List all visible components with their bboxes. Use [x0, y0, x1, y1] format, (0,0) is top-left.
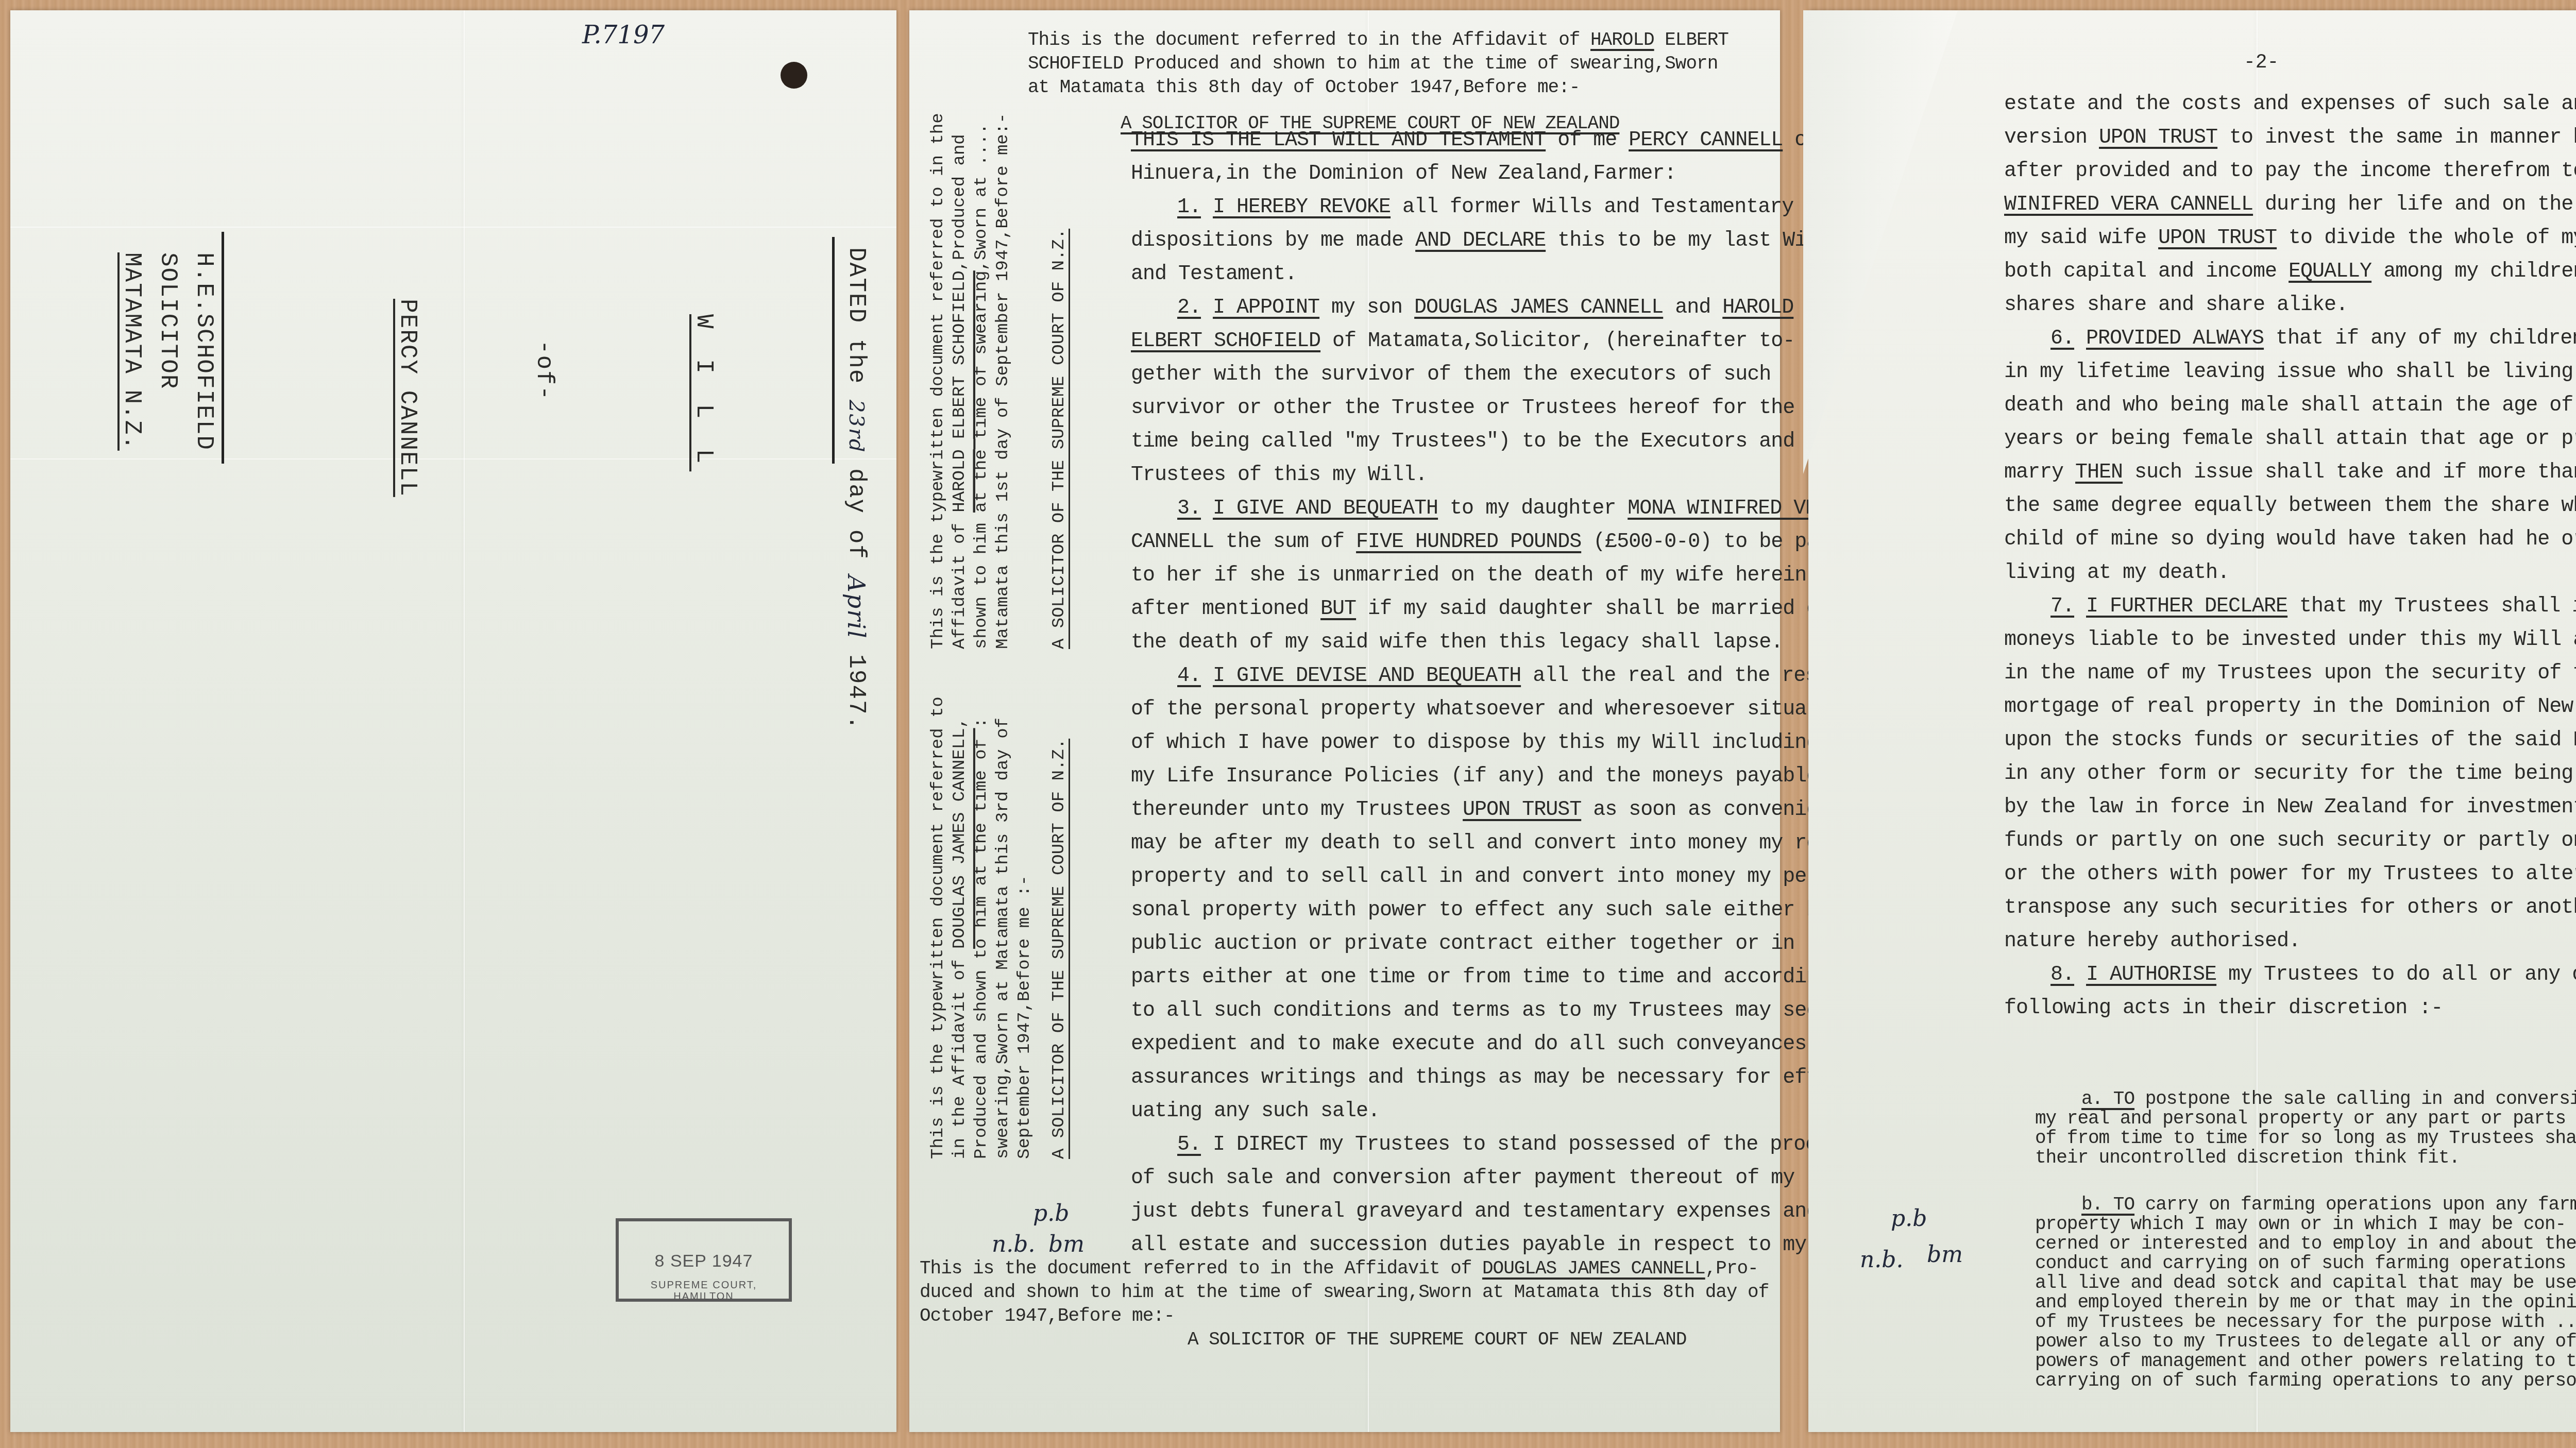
text-line: their uncontrolled discretion think fit.: [2035, 1148, 2576, 1168]
text-line: my said wife UPON TRUST to divide the wh…: [2004, 222, 2576, 255]
text-line: THIS IS THE LAST WILL AND TESTAMENT of m…: [1131, 124, 1866, 157]
file-reference: P.7197: [582, 21, 665, 49]
text-line: 4. I GIVE DEVISE AND BEQUEATH all the re…: [1131, 659, 1866, 693]
text-line: my real and personal property or any par…: [2035, 1109, 2576, 1129]
side-affidavit-schofield: This is the typewritten document referre…: [927, 134, 1014, 649]
text-line: survivor or other the Trustee or Trustee…: [1131, 391, 1866, 425]
text-line: and employed therein by me or that may i…: [2035, 1293, 2576, 1313]
stamp-court: SUPREME COURT,: [619, 1280, 789, 1291]
clause-a: a. TO postpone the sale calling in and c…: [2035, 1089, 2576, 1168]
text-line: living at my death.: [2004, 556, 2576, 590]
dated-line: DATED the 23rd day of April 1947.: [842, 247, 870, 730]
folded-flap: [1803, 10, 1958, 474]
text-line: all live and dead sotck and capital that…: [2035, 1273, 2576, 1293]
text-line: Trustees of this my Will.: [1131, 458, 1866, 492]
text-line: marry THEN such issue shall take and if …: [2004, 456, 2576, 489]
text-line: moneys liable to be invested under this …: [2004, 623, 2576, 657]
text-line: powers of management and other powers re…: [2035, 1352, 2576, 1371]
text-line: by the law in force in New Zealand for i…: [2004, 791, 2576, 824]
text-line: after provided and to pay the income the…: [2004, 155, 2576, 188]
text-line: 3. I GIVE AND BEQUEATH to my daughter MO…: [1131, 492, 1866, 525]
text-line: funds or partly on one such security or …: [2004, 824, 2576, 858]
footer-solicitor: A SOLICITOR OF THE SUPREME COURT OF NEW …: [920, 1328, 1769, 1352]
text-line: just debts funeral graveyard and testame…: [1131, 1195, 1866, 1229]
solicitor-title: SOLICITOR: [155, 252, 181, 389]
text-line: of such sale and conversion after paymen…: [1131, 1162, 1866, 1195]
initials: p.b: [1033, 1200, 1069, 1226]
text-line: nature hereby authorised.: [2004, 925, 2576, 958]
text-line: 8. I AUTHORISE my Trustees to do all or …: [2004, 958, 2576, 992]
text-line: my Life Insurance Policies (if any) and …: [1131, 760, 1866, 793]
side-solicitor-2: A SOLICITOR OF THE SUPREME COURT OF N.Z.: [1048, 721, 1070, 1159]
text-line: b. TO carry on farming operations upon a…: [2035, 1195, 2576, 1215]
document-title: W I L L: [690, 314, 717, 471]
text-line: power also to my Trustees to delegate al…: [2035, 1332, 2576, 1352]
text-line: dispositions by me made AND DECLARE this…: [1131, 224, 1866, 258]
of-label: -of-: [531, 340, 557, 401]
stamp-city: HAMILTON: [619, 1291, 789, 1302]
initials: p.b: [1891, 1205, 1927, 1232]
solicitor-name: H.E.SCHOFIELD: [191, 252, 217, 451]
text-line: version UPON TRUST to invest the same in…: [2004, 121, 2576, 155]
text-line: after mentioned BUT if my said daughter …: [1131, 592, 1866, 626]
initials: n.b.: [1860, 1247, 1903, 1273]
text-line: both capital and income EQUALLY among my…: [2004, 255, 2576, 288]
text-line: uating any such sale.: [1131, 1095, 1866, 1128]
text-line: parts either at one time or from time to…: [1131, 961, 1866, 994]
text-line: following acts in their discretion :-: [2004, 992, 2576, 1025]
side-solicitor-1: A SOLICITOR OF THE SUPREME COURT OF N.Z.: [1048, 134, 1070, 649]
text-line: carrying on of such farming operations t…: [2035, 1371, 2576, 1391]
clause-b: b. TO carry on farming operations upon a…: [2035, 1195, 2576, 1391]
initials: bm: [1927, 1241, 1963, 1268]
will-body-text: estate and the costs and expenses of suc…: [2004, 88, 2576, 1025]
text-line: estate and the costs and expenses of suc…: [2004, 88, 2576, 121]
text-line: assurances writings and things as may be…: [1131, 1061, 1866, 1095]
divider-rule: [222, 232, 224, 464]
page-number: -2-: [2244, 52, 2279, 74]
text-line: the same degree equally between them the…: [2004, 489, 2576, 523]
text-line: 5. I DIRECT my Trustees to stand possess…: [1131, 1128, 1866, 1162]
text-line: property and to sell call in and convert…: [1131, 860, 1866, 894]
text-line: expedient and to make execute and do all…: [1131, 1028, 1866, 1061]
fold-line: [10, 458, 896, 459]
testator-name: PERCY CANNELL: [394, 299, 421, 497]
punch-hole: [781, 62, 807, 89]
text-line: ELBERT SCHOFIELD of Matamata,Solicitor, …: [1131, 325, 1866, 358]
text-line: 2. I APPOINT my son DOUGLAS JAMES CANNEL…: [1131, 291, 1866, 325]
text-line: 7. I FURTHER DECLARE that my Trustees sh…: [2004, 590, 2576, 623]
side-affidavit-cannell: This is the typewritten document referre…: [927, 721, 1036, 1159]
text-line: gether with the survivor of them the exe…: [1131, 358, 1866, 391]
text-line: sonal property with power to effect any …: [1131, 894, 1866, 927]
text-line: of from time to time for so long as my T…: [2035, 1129, 2576, 1148]
text-line: 1. I HEREBY REVOKE all former Wills and …: [1131, 191, 1866, 224]
text-line: to her if she is unmarried on the death …: [1131, 559, 1866, 592]
stamp-date: 8 SEP 1947: [619, 1251, 789, 1271]
backsheet-page: P.7197 DATED the 23rd day of April 1947.…: [10, 10, 896, 1432]
will-page-1: This is the document referred to in the …: [909, 10, 1780, 1432]
text-line: of which I have power to dispose by this…: [1131, 726, 1866, 760]
text-line: CANNELL the sum of FIVE HUNDRED POUNDS (…: [1131, 525, 1866, 559]
will-body-text: THIS IS THE LAST WILL AND TESTAMENT of m…: [1131, 124, 1866, 1262]
text-line: a. TO postpone the sale calling in and c…: [2035, 1089, 2576, 1109]
text-line: time being called "my Trustees") to be t…: [1131, 425, 1866, 458]
text-line: of the personal property whatsoever and …: [1131, 693, 1866, 726]
text-line: mortgage of real property in the Dominio…: [2004, 690, 2576, 724]
text-line: Hinuera,in the Dominion of New Zealand,F…: [1131, 157, 1866, 191]
text-line: upon the stocks funds or securities of t…: [2004, 724, 2576, 757]
text-line: of my Trustees be necessary for the purp…: [2035, 1313, 2576, 1332]
text-line: in my lifetime leaving issue who shall b…: [2004, 355, 2576, 389]
text-line: transpose any such securities for others…: [2004, 891, 2576, 925]
initials: bm: [1048, 1231, 1084, 1257]
text-line: child of mine so dying would have taken …: [2004, 523, 2576, 556]
text-line: conduct and carrying on of such farming …: [2035, 1254, 2576, 1273]
text-line: in any other form or security for the ti…: [2004, 757, 2576, 791]
solicitor-place: MATAMATA N.Z.: [118, 252, 145, 451]
text-line: thereunder unto my Trustees UPON TRUST a…: [1131, 793, 1866, 827]
text-line: to all such conditions and terms as to m…: [1131, 994, 1866, 1028]
text-line: may be after my death to sell and conver…: [1131, 827, 1866, 860]
text-line: shares share and share alike.: [2004, 288, 2576, 322]
text-line: WINIFRED VERA CANNELL during her life an…: [2004, 188, 2576, 222]
text-line: cerned or interested and to employ in an…: [2035, 1234, 2576, 1254]
will-page-2: -2- estate and the costs and expenses of…: [1808, 10, 2576, 1432]
fold-line: [10, 227, 896, 228]
text-line: the death of my said wife then this lega…: [1131, 626, 1866, 659]
text-line: death and who being male shall attain th…: [2004, 389, 2576, 422]
divider-rule: [832, 237, 835, 464]
footer-affidavit: This is the document referred to in the …: [920, 1257, 1769, 1352]
text-line: and Testament.: [1131, 258, 1866, 291]
text-line: property which I may own or in which I m…: [2035, 1215, 2576, 1234]
initials: n.b.: [992, 1231, 1035, 1257]
court-received-stamp: 8 SEP 1947 SUPREME COURT, HAMILTON: [616, 1218, 792, 1302]
fold-line: [464, 10, 465, 1432]
text-line: in the name of my Trustees upon the secu…: [2004, 657, 2576, 690]
text-line: public auction or private contract eithe…: [1131, 927, 1866, 961]
text-line: years or being female shall attain that …: [2004, 422, 2576, 456]
text-line: 6. PROVIDED ALWAYS that if any of my chi…: [2004, 322, 2576, 355]
header-affidavit: This is the document referred to in the …: [1028, 28, 1728, 135]
text-line: or the others with power for my Trustees…: [2004, 858, 2576, 891]
